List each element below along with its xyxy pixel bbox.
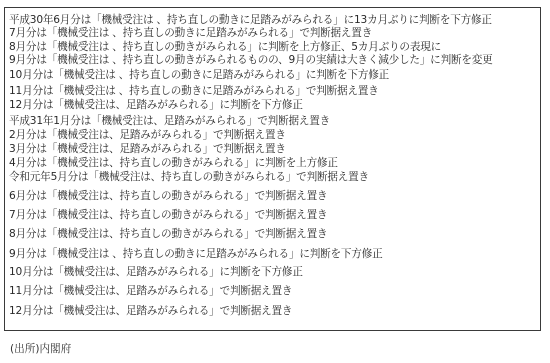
history-line-2019-07: 7月分は「機械受注は、持ち直しの動きがみられる」で判断据え置き [9, 209, 327, 222]
source-note: (出所)内閣府 [10, 343, 71, 356]
history-line-2019-05: 令和元年5月分は「機械受注は、持ち直しの動きがみられる」で判断据え置き [9, 171, 369, 184]
history-line-2018-09: 9月分は「機械受注は 、持ち直しの動きがみられるものの、9月の実績は大きく減少し… [9, 54, 493, 67]
history-line-2019-10: 10月分は「機械受注は、足踏みがみられる」に判断を下方修正 [9, 266, 303, 279]
history-line-2019-09: 9月分は「機械受注は 、持ち直しの動きに足踏みがみられる」に判断を下方修正 [9, 248, 383, 261]
history-line-2018-08: 8月分は「機械受注は 、持ち直しの動きがみられる」に判断を上方修正、5カ月ぶりの… [9, 41, 441, 54]
history-line-2019-12: 12月分は「機械受注は、足踏みがみられる」で判断据え置き [9, 305, 292, 318]
history-line-2019-11: 11月分は「機械受注は、足踏みがみられる」で判断据え置き [9, 285, 292, 298]
history-line-2018-11: 11月分は「機械受注は 、持ち直しの動きに足踏みがみられる」で判断据え置き [9, 85, 379, 98]
history-line-2019-06: 6月分は「機械受注は、持ち直しの動きがみられる」で判断据え置き [9, 190, 327, 203]
history-line-2019-04: 4月分は「機械受注は、持ち直しの動きがみられる」に判断を上方修正 [9, 157, 338, 170]
history-line-2018-10: 10月分は「機械受注は 、持ち直しの動きに足踏みがみられる」に判断を下方修正 [9, 69, 389, 82]
judgment-history-box: 平成30年6月分は「機械受注は 、持ち直しの動きに足踏みがみられる」に13カ月ぶ… [4, 7, 541, 331]
history-line-2018-06: 平成30年6月分は「機械受注は 、持ち直しの動きに足踏みがみられる」に13カ月ぶ… [9, 14, 492, 27]
history-line-2019-02: 2月分は「機械受注は、足踏みがみられる」で判断据え置き [9, 129, 286, 142]
history-line-2019-08: 8月分は「機械受注は、持ち直しの動きがみられる」で判断据え置き [9, 228, 327, 241]
history-line-2018-07: 7月分は「機械受注は 、持ち直しの動きに足踏みがみられる」で判断据え置き [9, 27, 372, 40]
history-line-2018-12: 12月分は「機械受注は、足踏みがみられる」に判断を下方修正 [9, 99, 303, 112]
history-line-2019-01: 平成31年1月分は「機械受注は、足踏みがみられる」で判断据え置き [9, 115, 330, 128]
history-line-2019-03: 3月分は「機械受注は、足踏みがみられる」で判断据え置き [9, 143, 286, 156]
